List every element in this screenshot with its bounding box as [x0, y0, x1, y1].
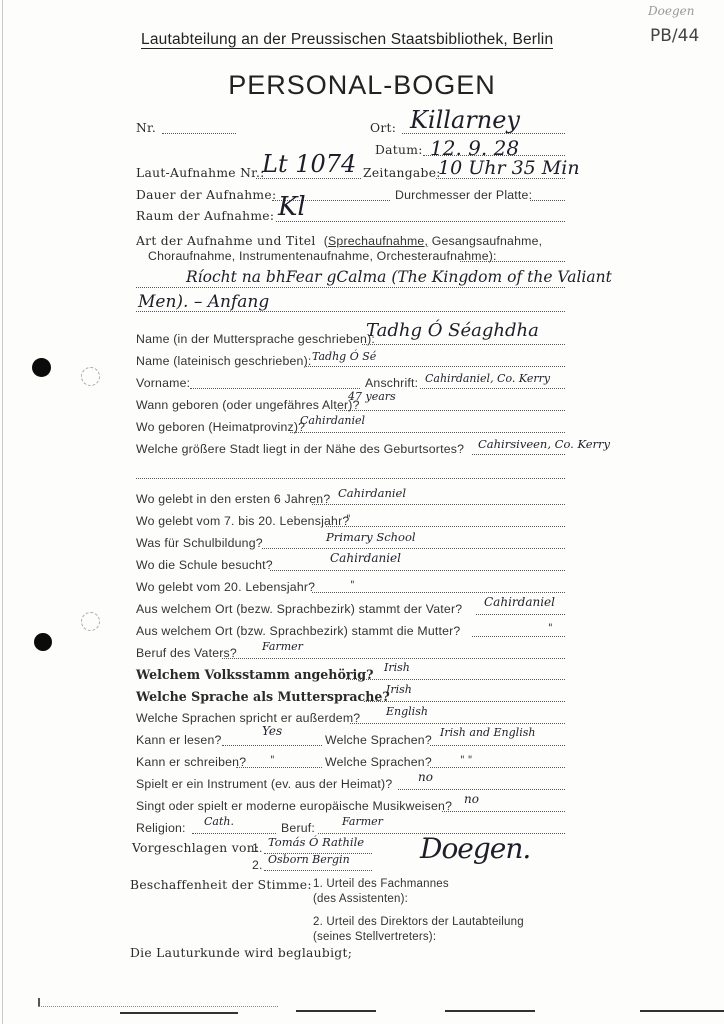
anschrift-value: Cahirdaniel, Co. Kerry — [425, 372, 550, 385]
religion-label: Religion: — [136, 821, 186, 835]
titel-line-1-field[interactable] — [136, 287, 565, 288]
laut-aufnahme-field[interactable] — [256, 178, 361, 179]
titel-line-1: Ríocht na bhFear gCalma (The Kingdom of … — [186, 268, 612, 286]
page-title: PERSONAL-BOGEN — [0, 70, 724, 101]
lesen-label: Kann er lesen? — [136, 733, 222, 747]
geboren-wann-value: 47 years — [348, 390, 396, 403]
gelebt-6-value: Cahirdaniel — [338, 486, 406, 500]
volksstamm-field[interactable] — [346, 679, 565, 680]
archive-annotation: Doegen — [648, 4, 694, 18]
punch-hole-ghost-bottom — [81, 612, 100, 631]
punch-hole-bottom — [34, 633, 52, 651]
geboren-wo-value: Cahirdaniel — [300, 414, 365, 427]
mutter-ort-field[interactable] — [472, 636, 565, 637]
gelebt-20-value: " — [350, 580, 355, 591]
bottom-rule-4 — [640, 1010, 724, 1012]
durchmesser-field[interactable] — [530, 200, 565, 201]
art-aufnahme-line-1: Art der Aufnahme und Titel (Sprechaufnah… — [136, 230, 542, 249]
gelebt-7-20-field[interactable] — [326, 526, 565, 527]
bottom-rule-3 — [445, 1010, 535, 1012]
mutter-ort-value: " — [548, 623, 553, 634]
stimme-item-1b: (des Assistenten): — [313, 893, 408, 905]
beruf-label: Beruf: — [281, 821, 315, 835]
name-mutter-field[interactable] — [362, 344, 565, 345]
sprachen-ausserdem-label: Welche Sprachen spricht er außerdem? — [136, 711, 360, 725]
gelebt-20-field[interactable] — [312, 592, 565, 593]
schule-label: Wo die Schule besucht? — [136, 558, 273, 572]
vorgeschlagen-2-value: Osborn Bergin — [268, 853, 350, 866]
dauer-label: Dauer der Aufnahme: — [136, 188, 276, 202]
raum-field[interactable] — [276, 221, 565, 222]
titel-line-2: Men). – Anfang — [138, 292, 269, 312]
vorname-field[interactable] — [190, 388, 360, 389]
schule-value: Cahirdaniel — [330, 551, 401, 565]
geboren-wann-field[interactable] — [336, 410, 565, 411]
beruf-vater-value: Farmer — [262, 640, 303, 653]
stimme-item-1a: 1. Urteil des Fachmannes — [313, 878, 449, 890]
director-signature: Doegen. — [420, 832, 530, 865]
muttersprache-label: Welche Sprache als Muttersprache? — [136, 689, 390, 704]
schreiben-sprachen-label: Welche Sprachen? — [325, 755, 432, 769]
institution-header: Lautabteilung an der Preussischen Staats… — [141, 31, 553, 49]
stimme-item-2b: (seines Stellvertreters): — [313, 931, 436, 943]
instrument-field[interactable] — [398, 789, 565, 790]
schule-field[interactable] — [270, 570, 565, 571]
raum-value: Kl — [278, 192, 306, 222]
stadt-field[interactable] — [472, 454, 565, 455]
volksstamm-label: Welchem Volksstamm angehörig? — [136, 667, 373, 682]
nr-field[interactable] — [162, 133, 236, 134]
schreiben-value: " — [270, 755, 275, 766]
lesen-field[interactable] — [222, 745, 322, 746]
name-latein-value: Tadhg Ó Sé — [312, 350, 376, 363]
datum-label: Datum: — [375, 143, 423, 157]
vater-ort-label: Aus welchem Ort (bezw. Sprachbezirk) sta… — [136, 602, 462, 616]
gelebt-6-field[interactable] — [312, 504, 565, 505]
raum-label: Raum der Aufnahme: — [136, 209, 274, 223]
ort-label: Ort: — [370, 121, 396, 135]
laut-aufnahme-value: Lt 1074 — [262, 150, 356, 178]
institution-name: Lautabteilung an der Preussischen Staats… — [141, 31, 553, 49]
muttersprache-value: Irish — [386, 683, 412, 696]
bottom-dotted-line — [38, 1006, 278, 1007]
gelebt-7-20-value: " — [346, 514, 351, 525]
musikweisen-label: Singt oder spielt er moderne europäische… — [136, 799, 452, 813]
lesen-sprachen-field[interactable] — [430, 745, 565, 746]
beruf-vater-field[interactable] — [222, 658, 565, 659]
bottom-rule-2 — [296, 1010, 376, 1012]
art-field[interactable] — [460, 261, 565, 262]
gelebt-20-label: Wo gelebt vom 20. Lebensjahr? — [136, 580, 315, 594]
vorgeschlagen-label: Vorgeschlagen von: — [132, 841, 259, 855]
geboren-wo-label: Wo geboren (Heimatprovinz)? — [136, 420, 305, 434]
instrument-value: no — [418, 770, 433, 784]
vorgeschlagen-num-2: 2. — [252, 858, 263, 872]
name-latein-field[interactable] — [306, 366, 565, 367]
bottom-rule-1 — [120, 1012, 238, 1014]
lesen-sprachen-value: Irish and English — [440, 726, 535, 739]
zeitangabe-label: Zeitangabe: — [363, 166, 441, 180]
schreiben-sprachen-value: " " — [460, 755, 472, 766]
ort-value: Killarney — [410, 106, 520, 134]
stimme-item-2a: 2. Urteil des Direktors der Lautabteilun… — [313, 916, 524, 928]
name-mutter-value: Tadhg Ó Séaghdha — [366, 320, 539, 341]
vorname-label: Vorname: — [136, 376, 190, 390]
beglaubigt-label: Die Lauturkunde wird beglaubigt; — [130, 946, 352, 960]
punch-hole-ghost-top — [81, 367, 100, 386]
name-mutter-label: Name (in der Muttersprache geschrieben): — [136, 332, 375, 346]
stimme-label: Beschaffenheit der Stimme: — [130, 878, 312, 892]
muttersprache-field[interactable] — [364, 701, 565, 702]
musikweisen-field[interactable] — [442, 811, 565, 812]
vorgeschlagen-1-value: Tomás Ó Rathile — [268, 835, 364, 849]
sprachen-ausserdem-value: English — [386, 705, 428, 718]
schulbildung-field[interactable] — [262, 548, 565, 549]
art-selected-option: Sprechaufnahme, — [328, 234, 428, 248]
lesen-value: Yes — [262, 724, 282, 738]
geboren-wann-label: Wann geboren (oder ungefähres Alter)? — [136, 398, 360, 412]
name-latein-label: Name (lateinisch geschrieben): — [136, 354, 312, 368]
durchmesser-label: Durchmesser der Platte: — [395, 188, 532, 202]
nr-label: Nr. — [136, 121, 156, 135]
gelebt-6-label: Wo gelebt in den ersten 6 Jahren? — [136, 492, 330, 506]
gelebt-7-20-label: Wo gelebt vom 7. bis 20. Lebensjahr? — [136, 514, 349, 528]
instrument-label: Spielt er ein Instrument (ev. aus der He… — [136, 777, 392, 791]
art-aufnahme-label: Art der Aufnahme und Titel — [136, 234, 316, 248]
geboren-wo-field[interactable] — [290, 432, 565, 433]
vorgeschlagen-2-field[interactable] — [264, 870, 372, 871]
volksstamm-value: Irish — [384, 661, 410, 674]
anschrift-label: Anschrift: — [365, 376, 418, 390]
beruf-value: Farmer — [342, 815, 383, 828]
vater-ort-field[interactable] — [476, 614, 565, 615]
religion-value: Cath. — [204, 815, 234, 828]
page-edge — [2, 0, 3, 1024]
schreiben-field[interactable] — [236, 767, 322, 768]
schulbildung-label: Was für Schulbildung? — [136, 536, 263, 550]
sprachen-ausserdem-field[interactable] — [350, 723, 565, 724]
archive-id: PB/44 — [650, 26, 699, 46]
anschrift-field[interactable] — [420, 388, 565, 389]
vater-ort-value: Cahirdaniel — [484, 595, 555, 609]
mutter-ort-label: Aus welchem Ort (bzw. Sprachbezirk) stam… — [136, 624, 460, 638]
stadt-value: Cahirsiveen, Co. Kerry — [478, 437, 610, 451]
stadt-label: Welche größere Stadt liegt in der Nähe d… — [136, 442, 464, 456]
stadt-extra-field[interactable] — [136, 478, 565, 479]
religion-field[interactable] — [192, 833, 276, 834]
vorgeschlagen-num-1: 1. — [252, 841, 263, 855]
laut-aufnahme-label: Laut-Aufnahme Nr.: — [136, 166, 265, 180]
art-aufnahme-line-2: Choraufnahme, Instrumentenaufnahme, Orch… — [148, 249, 497, 263]
schreiben-label: Kann er schreiben? — [136, 755, 246, 769]
lesen-sprachen-label: Welche Sprachen? — [325, 733, 432, 747]
schulbildung-value: Primary School — [326, 530, 416, 544]
punch-hole-top — [32, 358, 51, 377]
musikweisen-value: no — [464, 792, 479, 806]
zeitangabe-value: 10 Uhr 35 Min — [438, 157, 580, 179]
schreiben-sprachen-field[interactable] — [430, 767, 565, 768]
